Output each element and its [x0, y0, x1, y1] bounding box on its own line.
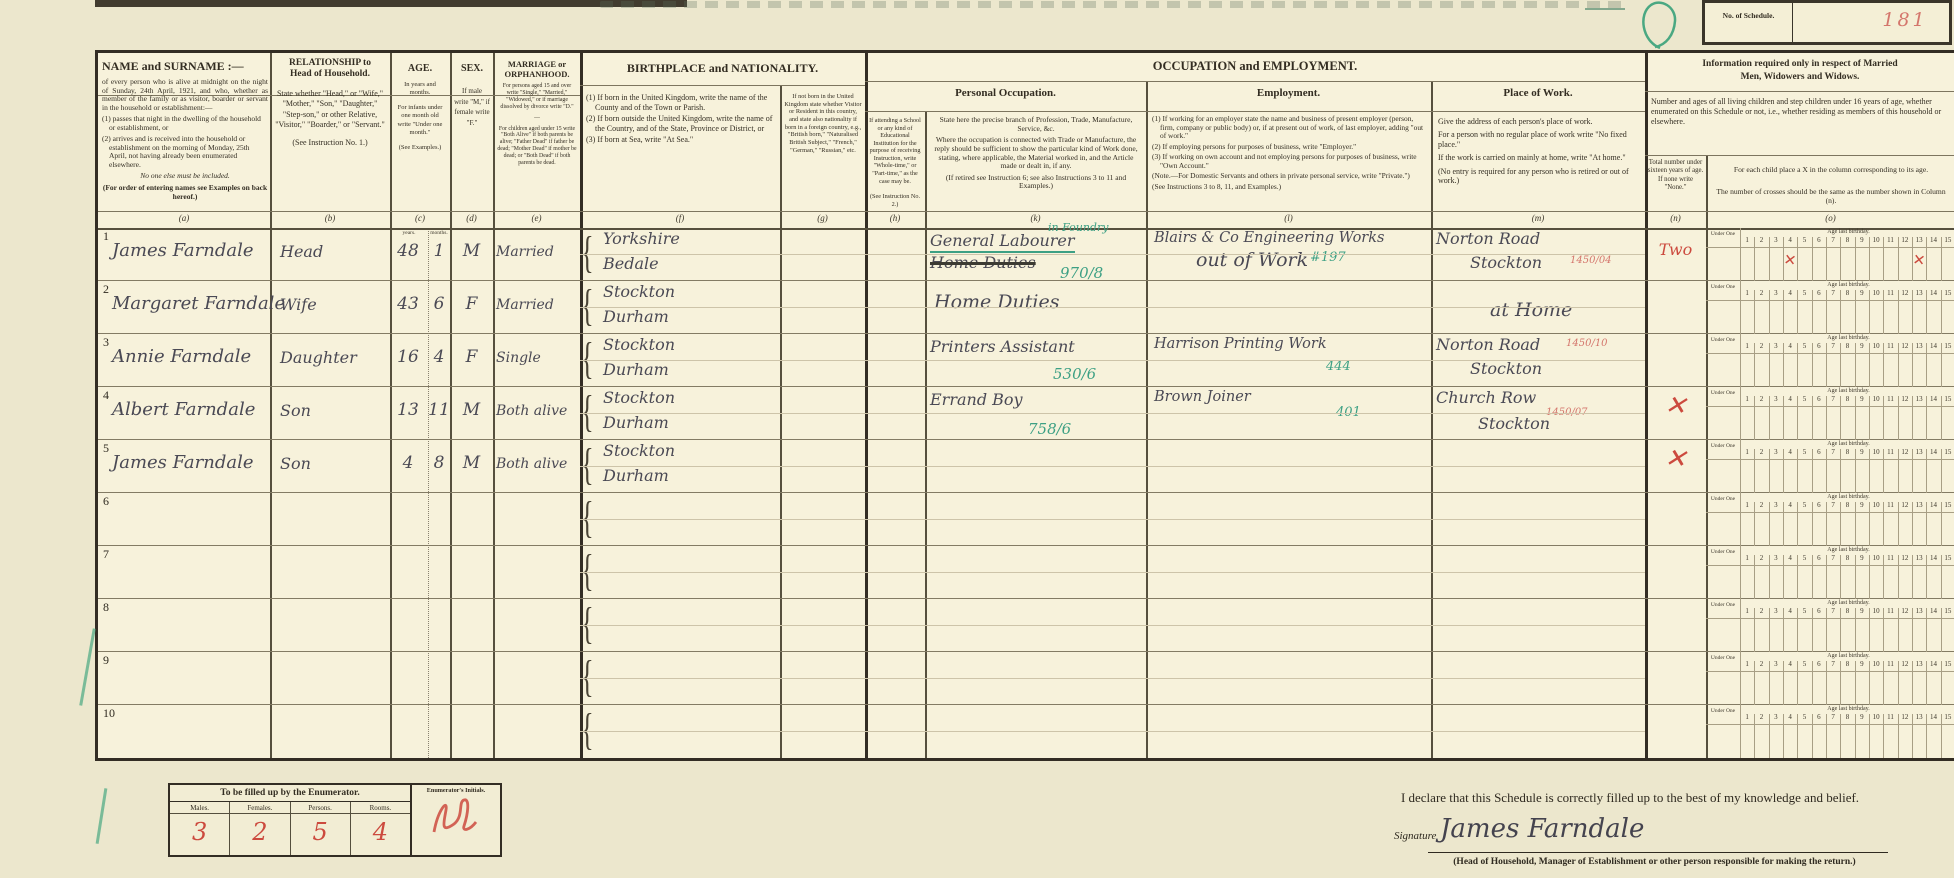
females-label: Females. [230, 802, 289, 814]
age-years-entry: 4 [390, 453, 426, 473]
mg-num: 7 [1826, 342, 1840, 350]
place-of-work-line1: Norton Road [1436, 229, 1540, 248]
mg-v [1926, 237, 1927, 281]
mid-row-rule [580, 731, 1645, 732]
birthplace-line1: Stockton [603, 388, 675, 407]
schedule-number-box: No. of Schedule. 181 [1702, 0, 1952, 45]
enumerator-initials-label: Enumerator's Initials. [412, 787, 500, 794]
place-of-work-note: (No entry is required for any person who… [1438, 167, 1640, 186]
mg-num: 13 [1912, 554, 1926, 562]
mg-num: 5 [1797, 236, 1811, 244]
mg-num: 7 [1826, 607, 1840, 615]
occupation-instructions: Where the occupation is connected with T… [932, 136, 1140, 171]
birthplace-brace: { [581, 705, 594, 755]
age-months-entry: 8 [428, 453, 450, 473]
column-letter-g: (g) [780, 213, 865, 223]
mg-num: 6 [1812, 448, 1826, 456]
mg-num: 14 [1926, 236, 1940, 244]
mg-v [1812, 608, 1813, 652]
mg-v [1769, 396, 1770, 440]
mg-h [1706, 671, 1954, 672]
mg-num: 9 [1855, 289, 1869, 297]
mg-num: 11 [1883, 448, 1897, 456]
mg-num: 12 [1898, 554, 1912, 562]
occupation-entry: Printers Assistant [930, 337, 1075, 356]
mg-num: 11 [1883, 501, 1897, 509]
mg-v [1883, 290, 1884, 334]
mg-num: 5 [1797, 289, 1811, 297]
occupation-code-green: 530/6 [1053, 365, 1096, 383]
mg-v [1754, 661, 1755, 705]
occupation-entry: Home Duties [934, 291, 1060, 313]
mg-num: 6 [1812, 342, 1826, 350]
birthplace-line1: Stockton [603, 335, 675, 354]
mg-v [1926, 608, 1927, 652]
relationship-entry: Wife [280, 295, 317, 314]
mg-num: 8 [1840, 448, 1854, 456]
mg-v [1869, 290, 1870, 334]
birthplace-instructions: (1) If born in the United Kingdom, write… [586, 93, 776, 112]
employer-code-green: 444 [1326, 359, 1351, 374]
employment-instructions: (2) If employing persons for purposes of… [1152, 143, 1428, 152]
signature-line [1428, 852, 1888, 853]
occupation-note: (If retired see Instruction 6; see also … [932, 174, 1140, 191]
mg-v [1754, 502, 1755, 546]
school-column-note: (See Instruction No. 2.) [868, 193, 922, 208]
enumerator-counts: To be filled up by the Enumerator. Males… [170, 785, 412, 855]
birthplace-brace: { [581, 281, 594, 331]
mg-v [1912, 290, 1913, 334]
mg-v [1898, 290, 1899, 334]
mg-v [1826, 661, 1827, 705]
mg-num: 11 [1883, 660, 1897, 668]
mg-v [1855, 343, 1856, 387]
birthplace-line2: Bedale [603, 254, 659, 273]
mg-num: 14 [1926, 501, 1940, 509]
mg-label: Age last birthday. [1746, 494, 1951, 500]
table-row: 7 { Under OneAge last birthday.123456789… [98, 546, 1954, 599]
mg-num: 15 [1941, 660, 1954, 668]
mg-v [1754, 714, 1755, 758]
mg-num: 4 [1783, 607, 1797, 615]
mg-h [1706, 459, 1954, 460]
mg-num: 11 [1883, 236, 1897, 244]
mg-v [1783, 449, 1784, 493]
mg-num: 3 [1769, 289, 1783, 297]
header-rule [1645, 155, 1954, 156]
faded-underline-mark [1585, 8, 1625, 10]
mg-num: 9 [1855, 395, 1869, 403]
row-number: 6 [103, 494, 109, 509]
mg-v [1797, 714, 1798, 758]
mg-num: 8 [1840, 501, 1854, 509]
birthplace-brace: { [581, 387, 594, 437]
schedule-number-value: 181 [1865, 9, 1945, 31]
mg-v [1769, 290, 1770, 334]
marriage-entry: Both alive [496, 403, 580, 419]
mg-num: 9 [1855, 713, 1869, 721]
place-of-work-code-red: 1450/04 [1570, 255, 1612, 266]
mg-v [1826, 714, 1827, 758]
persons-value: 5 [291, 814, 350, 855]
mg-v [1840, 237, 1841, 281]
green-oval-mark [1630, 0, 1688, 50]
table-row: 2 Margaret Farndale Wife 43 6 F Married … [98, 281, 1954, 334]
mg-v [1912, 714, 1913, 758]
mg-uo: Under One [1708, 231, 1738, 237]
mg-num: 9 [1855, 660, 1869, 668]
mg-num: 7 [1826, 554, 1840, 562]
mg-num: 7 [1826, 660, 1840, 668]
mg-num: 6 [1812, 289, 1826, 297]
mg-v [1783, 555, 1784, 599]
employer-entry: Blairs & Co Engineering Works [1154, 230, 1384, 246]
mg-v [1926, 343, 1927, 387]
mg-v [1869, 555, 1870, 599]
mg-v [1869, 449, 1870, 493]
mg-v [1769, 237, 1770, 281]
column-letter-b: (b) [270, 213, 390, 223]
mg-label: Age last birthday. [1746, 706, 1951, 712]
mg-v [1812, 449, 1813, 493]
column-letter-m: (m) [1431, 213, 1645, 223]
mg-num: 14 [1926, 660, 1940, 668]
mg-num: 5 [1797, 607, 1811, 615]
mg-v [1826, 608, 1827, 652]
column-letter-n: (n) [1645, 213, 1706, 223]
mid-row-rule [580, 466, 1645, 467]
name-column-instructions: No one else must be included. [102, 172, 268, 181]
employment-title: Employment. [1146, 87, 1431, 99]
employer-entry: Harrison Printing Work [1154, 336, 1327, 352]
header-age-column: AGE. In years and months. For infants un… [394, 63, 446, 155]
mg-num: 2 [1754, 713, 1768, 721]
mg-num: 5 [1797, 395, 1811, 403]
name-column-instructions: (For order of entering names see Example… [102, 184, 268, 201]
mg-num: 1 [1740, 713, 1754, 721]
mid-row-rule [580, 678, 1645, 679]
mg-v [1769, 608, 1770, 652]
name-entry: James Farndale [112, 240, 254, 261]
mg-v [1797, 449, 1798, 493]
mg-v [1926, 290, 1927, 334]
mg-num: 14 [1926, 395, 1940, 403]
mg-num: 11 [1883, 395, 1897, 403]
mg-v [1740, 440, 1741, 493]
mg-v [1869, 661, 1870, 705]
mg-num: 3 [1769, 236, 1783, 244]
row-number: 1 [103, 229, 109, 244]
place-of-work-instructions: If the work is carried on mainly at home… [1438, 153, 1640, 162]
mg-num: 15 [1941, 501, 1954, 509]
mg-v [1840, 396, 1841, 440]
mg-v [1926, 396, 1927, 440]
mg-num: 12 [1898, 660, 1912, 668]
enumerator-males-cell: Males. 3 [170, 802, 230, 855]
header-name-column: NAME and SURNAME :— of every person who … [102, 59, 268, 204]
mg-v [1912, 449, 1913, 493]
column-letter-c: (c) [390, 213, 450, 223]
mg-num: 3 [1769, 554, 1783, 562]
sex-entry: F [450, 347, 493, 367]
mg-v [1769, 502, 1770, 546]
mg-num: 15 [1941, 236, 1954, 244]
mg-num: 15 [1941, 289, 1954, 297]
mg-num: 2 [1754, 342, 1768, 350]
mg-v [1783, 608, 1784, 652]
mg-v [1869, 502, 1870, 546]
occupation-group-title: OCCUPATION and EMPLOYMENT. [865, 59, 1645, 74]
place-of-work-line1: Church Row [1436, 388, 1536, 407]
mg-num: 12 [1898, 395, 1912, 403]
mg-v [1783, 396, 1784, 440]
row-number: 5 [103, 441, 109, 456]
marriage-entry: Married [496, 244, 580, 260]
birthplace-line1: Stockton [603, 282, 675, 301]
mg-label: Age last birthday. [1746, 600, 1951, 606]
mg-num: 10 [1869, 395, 1883, 403]
age-column-note: (See Examples.) [394, 144, 446, 152]
birthplace-line2: Durham [603, 466, 669, 485]
name-entry: Albert Farndale [112, 399, 255, 420]
employment-instructions: (1) If working for an employer state the… [1152, 115, 1428, 141]
mg-v [1898, 714, 1899, 758]
mg-v [1926, 555, 1927, 599]
mg-num: 13 [1912, 289, 1926, 297]
birthplace-line2: Durham [603, 413, 669, 432]
mg-v [1883, 396, 1884, 440]
children-count-instructions: Number and ages of all living children a… [1651, 97, 1947, 127]
occupation-entry: General Labourer [930, 231, 1075, 253]
mg-v [1941, 449, 1942, 493]
mg-num: 15 [1941, 554, 1954, 562]
mg-num: 12 [1898, 236, 1912, 244]
school-column-instructions: If attending a School or any kind of Edu… [868, 117, 922, 185]
mg-num: 13 [1912, 236, 1926, 244]
mg-v [1941, 555, 1942, 599]
mg-v [1797, 608, 1798, 652]
row-number: 3 [103, 335, 109, 350]
enumerator-initials-scribble [424, 794, 484, 838]
signature-handwriting: James Farndale [1440, 814, 1644, 844]
birthplace-brace: { [581, 334, 594, 384]
mg-num: 15 [1941, 713, 1954, 721]
age-column-instructions: For infants under one month old write "U… [394, 104, 446, 137]
mg-num: 4 [1783, 554, 1797, 562]
mg-v [1941, 290, 1942, 334]
birthplace-brace: { [581, 652, 594, 702]
mg-num: 4 [1783, 713, 1797, 721]
mg-num: 9 [1855, 607, 1869, 615]
age-months-entry: 4 [428, 347, 450, 367]
mg-v [1740, 228, 1741, 281]
mg-num: 7 [1826, 395, 1840, 403]
mg-num: 2 [1754, 607, 1768, 615]
children-cross-instructions: For each child place a X in the column c… [1712, 165, 1950, 174]
age-years-entry: 48 [390, 241, 426, 261]
relationship-column-note: (See Instruction No. 1.) [274, 138, 386, 148]
mg-v [1941, 714, 1942, 758]
mg-num: 10 [1869, 713, 1883, 721]
header-birthplace-column: (1) If born in the United Kingdom, write… [586, 93, 776, 147]
mg-num: 12 [1898, 501, 1912, 509]
mg-h [1706, 353, 1954, 354]
enumerator-rooms-cell: Rooms. 4 [351, 802, 410, 855]
mg-num: 10 [1869, 342, 1883, 350]
mg-v [1783, 661, 1784, 705]
mg-v [1840, 343, 1841, 387]
mid-row-rule [580, 625, 1645, 626]
mid-row-rule [580, 519, 1645, 520]
mg-v [1812, 555, 1813, 599]
name-column-instructions: of every person who is alive at midnight… [102, 78, 268, 112]
mg-v [1840, 714, 1841, 758]
mg-v [1869, 343, 1870, 387]
birthplace-line1: Stockton [603, 441, 675, 460]
mid-row-rule [580, 413, 1645, 414]
birthplace-group-title: BIRTHPLACE and NATIONALITY. [580, 61, 865, 76]
mg-uo: Under One [1708, 708, 1738, 714]
relationship-column-instructions: State whether "Head," or "Wife," "Mother… [274, 89, 386, 131]
header-relationship-column: RELATIONSHIP toHead of Household. State … [274, 58, 386, 152]
females-value: 2 [230, 814, 289, 855]
mg-label: Age last birthday. [1746, 441, 1951, 447]
mg-h [1706, 406, 1954, 407]
mg-num: 8 [1840, 236, 1854, 244]
mg-num: 3 [1769, 448, 1783, 456]
mg-v [1783, 290, 1784, 334]
children-total-instructions: Total number under sixteen years of age.… [1647, 159, 1704, 193]
mg-num: 12 [1898, 289, 1912, 297]
mg-num: 14 [1926, 342, 1940, 350]
employment-note: (Note.—For Domestic Servants and others … [1152, 172, 1428, 181]
name-column-title: NAME and SURNAME :— [102, 59, 268, 74]
mg-v [1740, 334, 1741, 387]
mg-v [1740, 281, 1741, 334]
mg-v [1812, 396, 1813, 440]
mg-num: 7 [1826, 713, 1840, 721]
mg-num: 9 [1855, 342, 1869, 350]
occupation-annotation-green: in Foundry [1048, 221, 1108, 234]
children-age-grid: Under OneAge last birthday.1234567891011… [1706, 705, 1954, 758]
age-years-entry: 16 [390, 347, 426, 367]
mg-num: 7 [1826, 236, 1840, 244]
mg-uo: Under One [1708, 549, 1738, 555]
mg-num: 1 [1740, 395, 1754, 403]
mg-uo: Under One [1708, 443, 1738, 449]
mg-num: 3 [1769, 660, 1783, 668]
children-cross-instructions: The number of crosses should be the same… [1712, 187, 1950, 206]
column-letter-f: (f) [580, 213, 780, 223]
mg-label: Age last birthday. [1746, 335, 1951, 341]
mg-v [1912, 555, 1913, 599]
relationship-entry: Daughter [280, 348, 357, 367]
name-column-instructions: (2) arrives and is received into the hou… [102, 135, 268, 169]
header-rule [865, 81, 1645, 82]
mg-v [1754, 555, 1755, 599]
mg-num: 11 [1883, 713, 1897, 721]
place-of-work-line2: at Home [1490, 299, 1572, 321]
mg-v [1826, 290, 1827, 334]
mg-num: 14 [1926, 554, 1940, 562]
mg-v [1840, 608, 1841, 652]
marriage-column-divider: — [497, 115, 577, 122]
mg-num: 13 [1912, 395, 1926, 403]
header-place-of-work-column: Give the address of each person's place … [1438, 117, 1640, 190]
mg-v [1926, 449, 1927, 493]
mg-num: 11 [1883, 554, 1897, 562]
enumerator-persons-cell: Persons. 5 [291, 802, 351, 855]
occupation-code-green: 758/6 [1028, 420, 1071, 438]
enumerator-females-cell: Females. 2 [230, 802, 290, 855]
mg-num: 1 [1740, 448, 1754, 456]
mg-v [1855, 661, 1856, 705]
column-letter-e: (e) [493, 213, 580, 223]
mg-num: 8 [1840, 289, 1854, 297]
mg-num: 9 [1855, 554, 1869, 562]
mg-num: 2 [1754, 236, 1768, 244]
mg-v [1912, 502, 1913, 546]
employer-line2: out of Work [1196, 249, 1308, 271]
mg-v [1754, 396, 1755, 440]
mg-num: 10 [1869, 501, 1883, 509]
mg-num: 12 [1898, 607, 1912, 615]
mg-num: 9 [1855, 448, 1869, 456]
mg-num: 2 [1754, 395, 1768, 403]
birthplace-brace: { [581, 546, 594, 596]
mg-x: ✕ [1783, 250, 1798, 270]
age-months-entry: 11 [428, 400, 450, 420]
occupation-struck-entry: Home Duties [930, 253, 1036, 272]
mid-row-rule [580, 307, 1645, 308]
mg-v [1883, 555, 1884, 599]
mg-num: 4 [1783, 342, 1797, 350]
column-letter-d: (d) [450, 213, 493, 223]
mg-num: 2 [1754, 289, 1768, 297]
marriage-entry: Single [496, 350, 580, 366]
mg-v [1812, 502, 1813, 546]
table-row: 9 { Under OneAge last birthday.123456789… [98, 652, 1954, 705]
mg-num: 6 [1812, 236, 1826, 244]
mg-num: 1 [1740, 660, 1754, 668]
children-total-entry: ✕ [1646, 441, 1706, 477]
mg-v [1912, 343, 1913, 387]
mg-num: 12 [1898, 713, 1912, 721]
mg-v [1769, 555, 1770, 599]
mg-v [1769, 714, 1770, 758]
relationship-column-title: RELATIONSHIP toHead of Household. [274, 58, 386, 81]
married-info-group-title: Information required only in respect of … [1649, 58, 1951, 84]
mg-v [1812, 343, 1813, 387]
children-age-grid: Under OneAge last birthday.1234567891011… [1706, 281, 1954, 334]
mg-num: 7 [1826, 501, 1840, 509]
sex-entry: M [450, 453, 493, 473]
marriage-entry: Both alive [496, 456, 580, 472]
mg-v [1797, 502, 1798, 546]
row-number: 7 [103, 547, 109, 562]
header-rule [580, 85, 865, 86]
mg-num: 13 [1912, 660, 1926, 668]
table-row: 6 { Under OneAge last birthday.123456789… [98, 493, 1954, 546]
mg-v [1840, 661, 1841, 705]
mg-num: 5 [1797, 501, 1811, 509]
employer-code-green: #197 [1310, 250, 1346, 265]
sex-column-title: SEX. [454, 63, 490, 74]
header-marriage-column: MARRIAGE orORPHANHOOD. For persons aged … [497, 59, 577, 169]
mg-num: 3 [1769, 607, 1783, 615]
sex-entry: F [450, 294, 493, 314]
mg-v [1941, 608, 1942, 652]
